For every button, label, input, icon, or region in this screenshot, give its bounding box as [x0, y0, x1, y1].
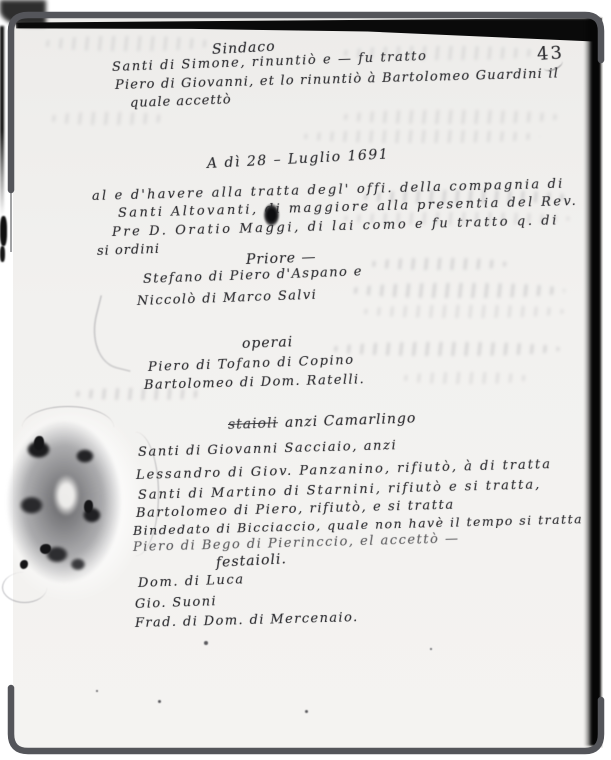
ink-bleed-smudge: [350, 283, 565, 298]
manuscript-line: si ordini: [97, 242, 161, 259]
ink-bleed-smudge: [400, 372, 530, 384]
paper-speck: [204, 641, 208, 645]
paper-speck: [430, 648, 432, 650]
struck-word: staioli: [228, 415, 279, 433]
section-heading-priore: Priore —: [246, 250, 317, 268]
page-edge-shadow-left: [0, 26, 4, 216]
paper-speck: [96, 690, 98, 692]
ink-bleed-smudge: [300, 130, 540, 143]
ink-bleed-smudge: [42, 36, 212, 51]
ink-bleed-smudge: [48, 112, 168, 125]
ink-bleed-smudge: [330, 342, 560, 356]
ink-bleed-smudge: [360, 305, 565, 318]
manuscript-line: Gio. Suoni: [135, 594, 218, 612]
section-heading-operai: operai: [242, 334, 294, 352]
manuscript-scan: 43 Sindaco Santi di Simone, rinuntiò e —…: [0, 0, 611, 760]
ink-mark: [0, 216, 7, 246]
ink-bleed-smudge: [368, 258, 508, 270]
page-edge-shadow-right: [584, 18, 601, 746]
ink-bleed-smudge: [340, 110, 560, 124]
paper-speck: [305, 710, 308, 713]
paper-speck: [158, 700, 161, 703]
ink-mark: [0, 246, 5, 262]
page-edge-shadow-top-right: [0, 0, 46, 26]
